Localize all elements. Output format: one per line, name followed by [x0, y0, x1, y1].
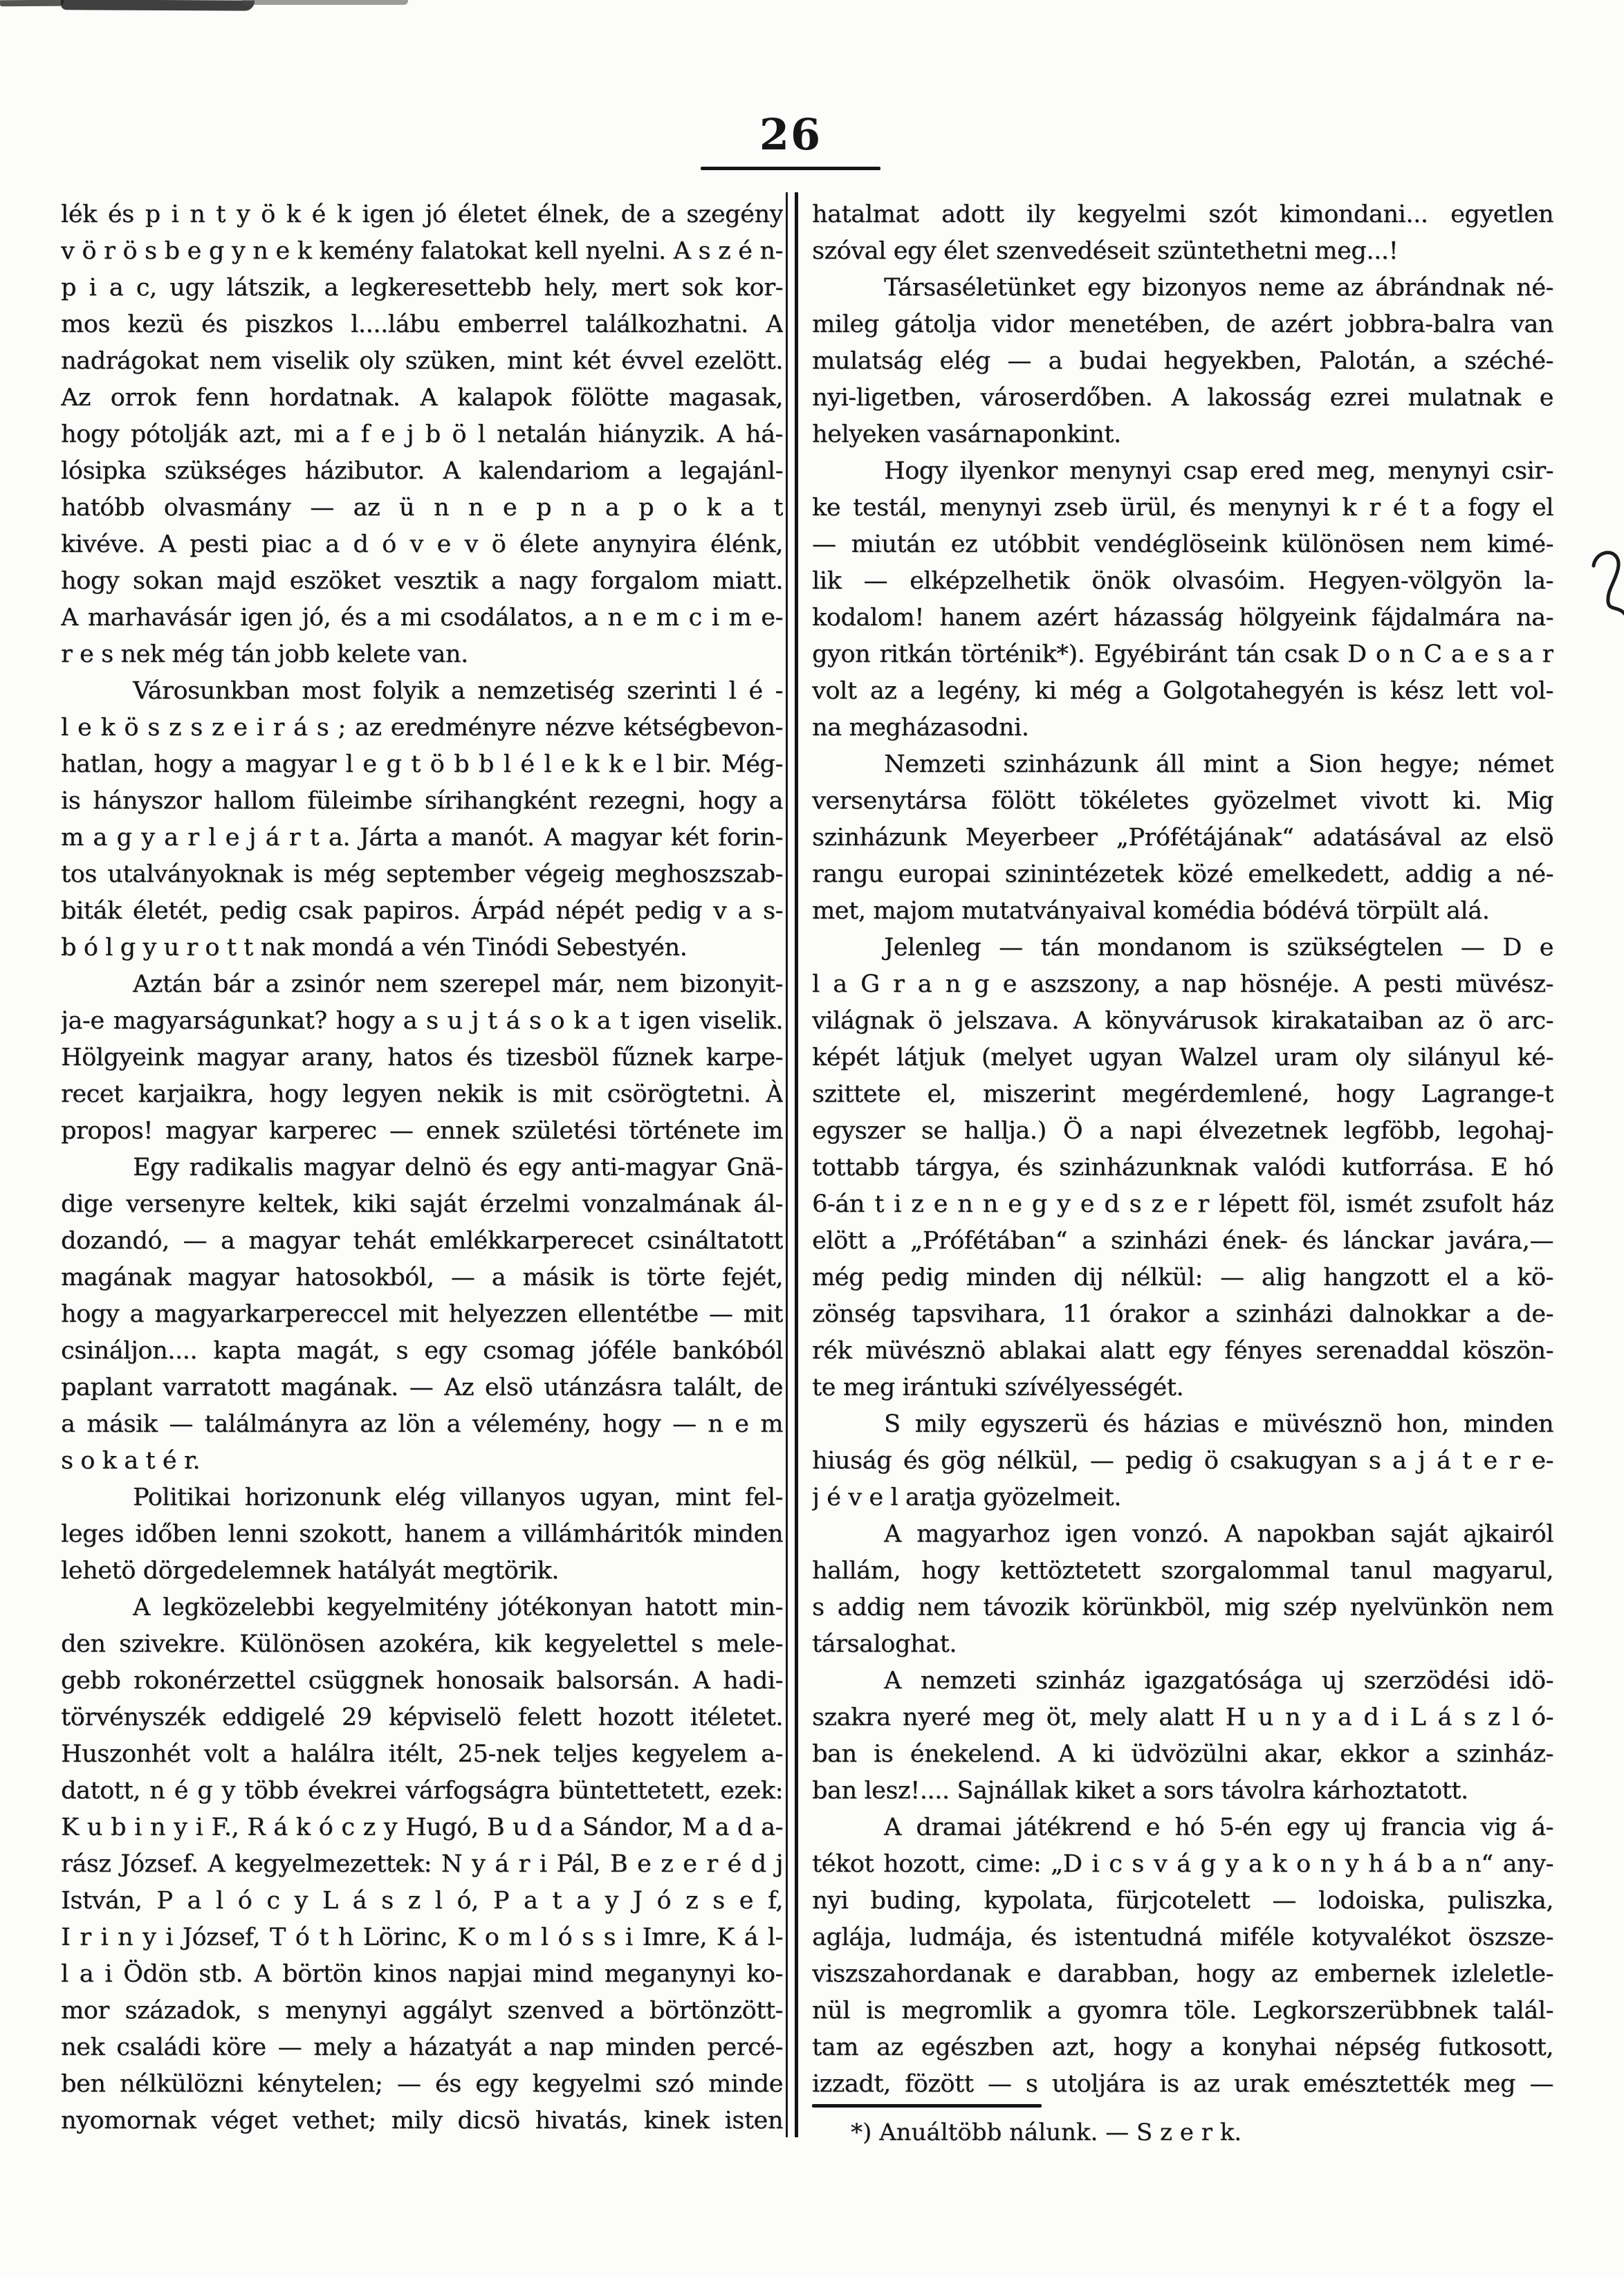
- text-line: nül is megromlik a gyomra töle. Legkorsz…: [812, 1993, 1553, 2029]
- text-line: lik — elképzelhetik önök olvasóim. Hegye…: [812, 563, 1553, 600]
- text-line: mos kezü és piszkos l....lábu emberrel t…: [61, 306, 783, 343]
- ink-smudge: [242, 0, 408, 5]
- text-line: te meg irántuki szívélyességét.: [812, 1370, 1553, 1406]
- text-line: rász József. A kegyelmezettek: N y á r i…: [61, 1846, 783, 1883]
- text-line: Huszonhét volt a halálra itélt, 25-nek t…: [61, 1736, 783, 1773]
- text-line: dige versenyre keltek, kiki saját érzelm…: [61, 1186, 783, 1223]
- column-divider-thin-rule: [786, 192, 788, 2137]
- text-line: A dramai játékrend e hó 5-én egy uj fran…: [812, 1809, 1553, 1846]
- text-line: izzadt, fözött — s utoljára is az urak e…: [812, 2066, 1553, 2103]
- text-line: törvényszék eddigelé 29 képviselö felett…: [61, 1699, 783, 1736]
- text-line: zönség tapsvihara, 11 órakor a szinházi …: [812, 1296, 1553, 1333]
- text-line: szittete el, miszerint megérdemlené, hog…: [812, 1076, 1553, 1113]
- left-column: lék és p i n t y ö k é k igen jó életet …: [61, 196, 783, 2139]
- text-line: társaloghat.: [812, 1626, 1553, 1663]
- text-line: István, P a l ó c y L á s z l ó, P a t a…: [61, 1883, 783, 1919]
- right-column: hatalmat adott ily kegyelmi szót kimonda…: [812, 196, 1553, 2103]
- handwritten-margin-mark: [1589, 548, 1624, 620]
- text-line: mor századok, s menynyi aggályt szenved …: [61, 1993, 783, 2029]
- text-line: nek családi köre — mely a házatyát a nap…: [61, 2029, 783, 2066]
- text-line: hatlan, hogy a magyar l e g t ö b b l é …: [61, 746, 783, 783]
- text-line: Egy radikalis magyar delnö és egy anti-m…: [61, 1150, 783, 1186]
- page-number-rule: [701, 167, 880, 170]
- footnote: *) Anuáltöbb nálunk. — S z e r k.: [812, 2115, 1553, 2150]
- text-line: Aztán bár a zsinór nem szerepel már, nem…: [61, 966, 783, 1003]
- text-line: ben nélkülözni kénytelen; — és egy kegye…: [61, 2066, 783, 2103]
- text-line: S mily egyszerü és házias e müvésznö hon…: [812, 1406, 1553, 1443]
- text-line: na megházasodni.: [812, 710, 1553, 746]
- text-line: p i a c, ugy látszik, a legkeresettebb h…: [61, 270, 783, 306]
- text-line: tottabb tárgya, és szinházunknak valódi …: [812, 1150, 1553, 1186]
- text-line: A legközelebbi kegyelmitény jótékonyan h…: [61, 1589, 783, 1626]
- text-line: mileg gátolja vidor menetében, de azért …: [812, 306, 1553, 343]
- text-line: kivéve. A pesti piac a d ó v e v ö élete…: [61, 526, 783, 563]
- text-line: recet karjaikra, hogy legyen nekik is mi…: [61, 1076, 783, 1113]
- text-line: mulatság elég — a budai hegyekben, Palot…: [812, 343, 1553, 380]
- text-line: paplant varratott magának. — Az elsö utá…: [61, 1370, 783, 1406]
- text-line: helyeken vasárnaponkint.: [812, 416, 1553, 453]
- page-number: 26: [701, 109, 880, 160]
- text-line: magának magyar hatosokból, — a másik is …: [61, 1260, 783, 1296]
- text-line: hogy pótolják azt, mi a f e j b ö l neta…: [61, 416, 783, 453]
- text-line: Társaséletünket egy bizonyos neme az ábr…: [812, 270, 1553, 306]
- text-line: b ó l g y u r o t t nak mondá a vén Tinó…: [61, 930, 783, 966]
- text-line: l a G r a n g e aszszony, a nap hösnéje.…: [812, 966, 1553, 1003]
- text-line: Politikai horizonunk elég villanyos ugya…: [61, 1479, 783, 1516]
- text-line: r e s nek még tán jobb kelete van.: [61, 636, 783, 673]
- text-line: hogy a magyarkarpereccel mit helyezzen e…: [61, 1296, 783, 1333]
- newspaper-page: 26 lék és p i n t y ö k é k igen jó élet…: [0, 0, 1624, 2277]
- text-line: gyon ritkán történik*). Egyébiránt tán c…: [812, 636, 1553, 673]
- text-line: hogy sokan majd eszöket vesztik a nagy f…: [61, 563, 783, 600]
- text-line: 6-án t i z e n n e g y e d s z e r lépet…: [812, 1186, 1553, 1223]
- text-line: s o k a t é r.: [61, 1443, 783, 1479]
- text-line: dozandó, — a magyar tehát emlékkarperece…: [61, 1223, 783, 1260]
- text-line: Hogy ilyenkor menynyi csap ered meg, men…: [812, 453, 1553, 490]
- text-line: szóval egy élet szenvedéseit szüntethetn…: [812, 233, 1553, 270]
- text-line: nyi-ligetben, városerdőben. A lakosság e…: [812, 380, 1553, 416]
- column-divider-thick-rule: [795, 192, 798, 2137]
- text-line: lék és p i n t y ö k é k igen jó életet …: [61, 196, 783, 233]
- text-line: gebb rokonérzettel csüggnek honosaik bal…: [61, 1663, 783, 1699]
- text-line: lósipka szükséges házibutor. A kalendari…: [61, 453, 783, 490]
- text-line: v ö r ö s b e g y n e k kemény falatokat…: [61, 233, 783, 270]
- text-line: ban is énekelend. A ki üdvözülni akar, e…: [812, 1736, 1553, 1773]
- text-line: rangu europai szinintézetek közé emelked…: [812, 856, 1553, 893]
- text-line: aglája, ludmája, és istentudná miféle ko…: [812, 1919, 1553, 1956]
- text-line: Városunkban most folyik a nemzetiség sze…: [61, 673, 783, 710]
- ink-smudge: [61, 0, 255, 11]
- text-line: den szivekre. Különösen azokéra, kik keg…: [61, 1626, 783, 1663]
- text-line: K u b i n y i F., R á k ó c z y Hugó, B …: [61, 1809, 783, 1846]
- text-line: Nemzeti szinházunk áll mint a Sion hegye…: [812, 746, 1553, 783]
- text-line: világnak ö jelszava. A könyvárusok kirak…: [812, 1003, 1553, 1040]
- text-line: ja-e magyarságunkat? hogy a s u j t á s …: [61, 1003, 783, 1040]
- text-line: nadrágokat nem viselik oly szüken, mint …: [61, 343, 783, 380]
- text-line: volt az a legény, ki még a Golgotahegyén…: [812, 673, 1553, 710]
- text-line: a másik — találmányra az lön a vélemény,…: [61, 1406, 783, 1443]
- text-line: m a g y a r l e j á r t a. Járta a manót…: [61, 820, 783, 856]
- ink-smudge: [0, 0, 64, 6]
- text-line: egyszer se hallja.) Ö a napi élvezetnek …: [812, 1113, 1553, 1150]
- text-line: I r i n y i József, T ó t h Lörinc, K o …: [61, 1919, 783, 1956]
- text-line: tékot hozott, cime: „D i c s v á g y a k…: [812, 1846, 1553, 1883]
- text-line: még pedig minden dij nélkül: — alig hang…: [812, 1260, 1553, 1296]
- text-line: szakra nyeré meg öt, mely alatt H u n y …: [812, 1699, 1553, 1736]
- text-line: datott, n é g y több évekrei várfogságra…: [61, 1773, 783, 1809]
- text-line: kodalom! hanem azért házasság hölgyeink …: [812, 600, 1553, 636]
- text-line: Az orrok fenn hordatnak. A kalapok fölöt…: [61, 380, 783, 416]
- text-line: nyomornak véget vethet; mily dicsö hivat…: [61, 2103, 783, 2139]
- text-line: Hölgyeink magyar arany, hatos és tizesbö…: [61, 1040, 783, 1076]
- text-line: szinházunk Meyerbeer „Prófétájának“ adat…: [812, 820, 1553, 856]
- text-line: hatóbb olvasmány — az ü n n e p n a p o …: [61, 490, 783, 526]
- text-line: lehetö dörgedelemnek hatályát megtörik.: [61, 1553, 783, 1589]
- text-line: propos! magyar karperec — ennek születés…: [61, 1113, 783, 1150]
- text-line: is hányszor hallom füleimbe sírihangként…: [61, 783, 783, 820]
- text-line: rék müvésznö ablakai alatt egy fényes se…: [812, 1333, 1553, 1370]
- text-line: tam az egészben azt, hogy a konyhai néps…: [812, 2029, 1553, 2066]
- text-line: hatalmat adott ily kegyelmi szót kimonda…: [812, 196, 1553, 233]
- text-line: — miután ez utóbbit vendéglöseink különö…: [812, 526, 1553, 563]
- text-line: Jelenleg — tán mondanom is szükségtelen …: [812, 930, 1553, 966]
- text-line: versenytársa fölött tökéletes gyözelmet …: [812, 783, 1553, 820]
- text-line: ban lesz!.... Sajnállak kiket a sors táv…: [812, 1773, 1553, 1809]
- text-line: ke testál, menynyi zseb ürül, és menynyi…: [812, 490, 1553, 526]
- text-line: elött a „Prófétában“ a szinházi ének- és…: [812, 1223, 1553, 1260]
- text-line: l a i Ödön stb. A börtön kinos napjai mi…: [61, 1956, 783, 1993]
- text-line: l e k ö s z s z e i r á s ; az eredményr…: [61, 710, 783, 746]
- text-line: viszszahordanak e darabban, hogy az embe…: [812, 1956, 1553, 1993]
- text-line: s addig nem távozik körünkböl, mig szép …: [812, 1589, 1553, 1626]
- text-line: képét látjuk (melyet ugyan Walzel uram o…: [812, 1040, 1553, 1076]
- text-line: A nemzeti szinház igazgatósága uj szerzö…: [812, 1663, 1553, 1699]
- text-line: tos utalványoknak is még september végei…: [61, 856, 783, 893]
- text-line: hiuság és gög nélkül, — pedig ö csakugya…: [812, 1443, 1553, 1479]
- footnote-separator-rule: [812, 2104, 1042, 2108]
- text-line: nyi buding, kypolata, fürjcotelett — lod…: [812, 1883, 1553, 1919]
- text-line: A marhavásár igen jó, és a mi csodálatos…: [61, 600, 783, 636]
- text-line: leges időben lenni szokott, hanem a vill…: [61, 1516, 783, 1553]
- text-line: biták életét, pedig csak papiros. Árpád …: [61, 893, 783, 930]
- text-line: A magyarhoz igen vonzó. A napokban saját…: [812, 1516, 1553, 1553]
- text-line: j é v e l aratja gyözelmeit.: [812, 1479, 1553, 1516]
- text-line: csináljon.... kapta magát, s egy csomag …: [61, 1333, 783, 1370]
- text-line: met, majom mutatványaival komédia bódévá…: [812, 893, 1553, 930]
- text-line: hallám, hogy kettöztetett szorgalommal t…: [812, 1553, 1553, 1589]
